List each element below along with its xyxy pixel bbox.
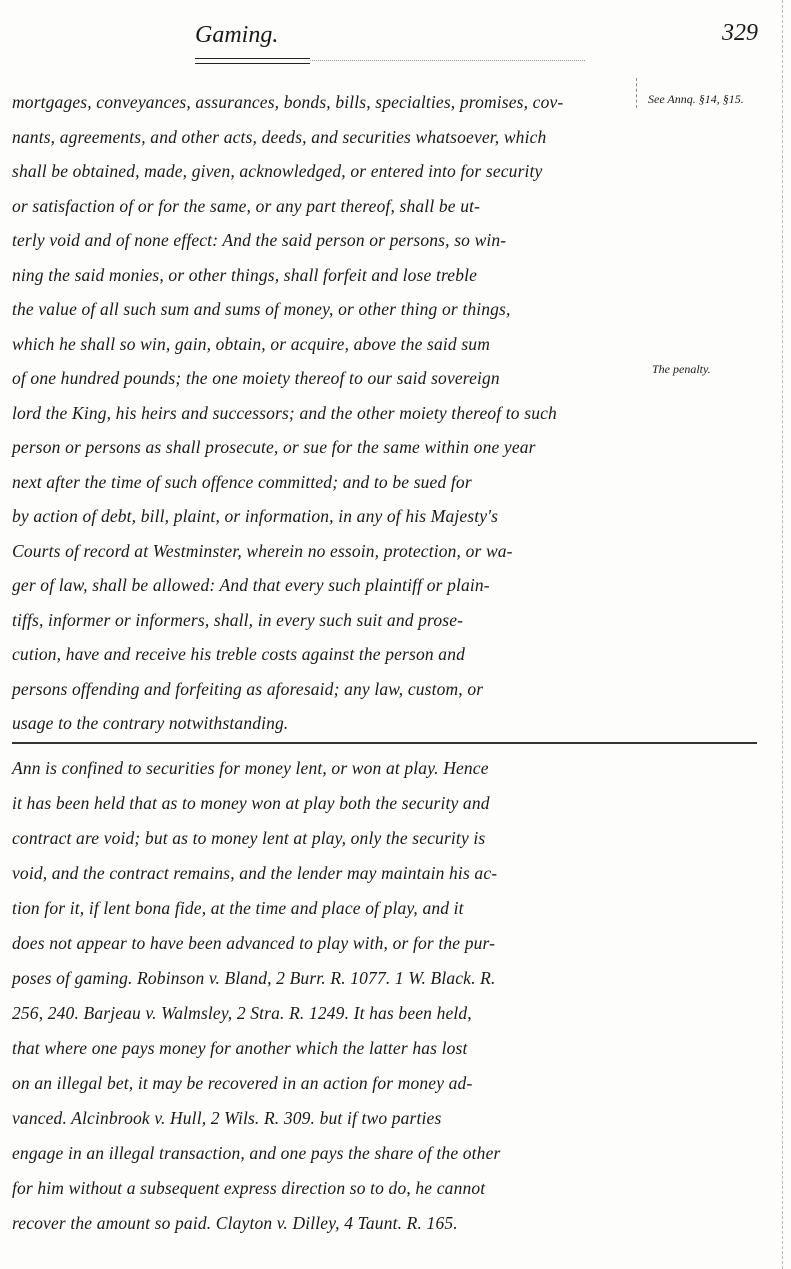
commentary-line: contract are void; but as to money lent … xyxy=(12,828,485,849)
commentary-line: tion for it, if lent bona fide, at the t… xyxy=(12,898,464,919)
commentary-line: engage in an illegal transaction, and on… xyxy=(12,1143,500,1164)
commentary-line: Ann is confined to securities for money … xyxy=(12,758,489,779)
statute-line: terly void and of none effect: And the s… xyxy=(12,230,506,251)
commentary-line: it has been held that as to money won at… xyxy=(12,793,490,814)
manuscript-page: Gaming. 329 See Annq. §14, §15. The pena… xyxy=(0,0,791,1269)
commentary-line: does not appear to have been advanced to… xyxy=(12,933,495,954)
statute-line: next after the time of such offence comm… xyxy=(12,472,472,493)
statute-line: nants, agreements, and other acts, deeds… xyxy=(12,127,546,148)
margin-note-reference: See Annq. §14, §15. xyxy=(648,92,744,107)
statute-line: or satisfaction of or for the same, or a… xyxy=(12,196,480,217)
statute-line: ger of law, shall be allowed: And that e… xyxy=(12,575,490,596)
commentary-line: that where one pays money for another wh… xyxy=(12,1038,468,1059)
statute-line: persons offending and forfeiting as afor… xyxy=(12,679,483,700)
title-rule xyxy=(310,60,585,61)
margin-note-penalty: The penalty. xyxy=(652,362,711,377)
margin-rule xyxy=(636,78,637,108)
page-edge xyxy=(782,0,783,1269)
commentary-line: poses of gaming. Robinson v. Bland, 2 Bu… xyxy=(12,968,496,989)
statute-line: lord the King, his heirs and successors;… xyxy=(12,403,557,424)
page-title: Gaming. xyxy=(195,22,278,49)
statute-line: ning the said monies, or other things, s… xyxy=(12,265,477,286)
statute-line: Courts of record at Westminster, wherein… xyxy=(12,541,513,562)
section-divider xyxy=(12,742,757,744)
statute-line: shall be obtained, made, given, acknowle… xyxy=(12,161,542,182)
statute-line: cution, have and receive his treble cost… xyxy=(12,644,465,665)
statute-line: person or persons as shall prosecute, or… xyxy=(12,437,536,458)
commentary-line: 256, 240. Barjeau v. Walmsley, 2 Stra. R… xyxy=(12,1003,472,1024)
page-number: 329 xyxy=(722,20,758,47)
commentary-line: void, and the contract remains, and the … xyxy=(12,863,497,884)
statute-line: mortgages, conveyances, assurances, bond… xyxy=(12,92,563,113)
commentary-line: vanced. Alcinbrook v. Hull, 2 Wils. R. 3… xyxy=(12,1108,441,1129)
statute-line: which he shall so win, gain, obtain, or … xyxy=(12,334,490,355)
statute-line: tiffs, informer or informers, shall, in … xyxy=(12,610,463,631)
commentary-line: recover the amount so paid. Clayton v. D… xyxy=(12,1213,458,1234)
statute-line: the value of all such sum and sums of mo… xyxy=(12,299,511,320)
statute-line: usage to the contrary notwithstanding. xyxy=(12,713,288,734)
commentary-line: for him without a subsequent express dir… xyxy=(12,1178,485,1199)
statute-line: of one hundred pounds; the one moiety th… xyxy=(12,368,500,389)
commentary-line: on an illegal bet, it may be recovered i… xyxy=(12,1073,472,1094)
statute-line: by action of debt, bill, plaint, or info… xyxy=(12,506,498,527)
title-underline xyxy=(195,58,310,64)
